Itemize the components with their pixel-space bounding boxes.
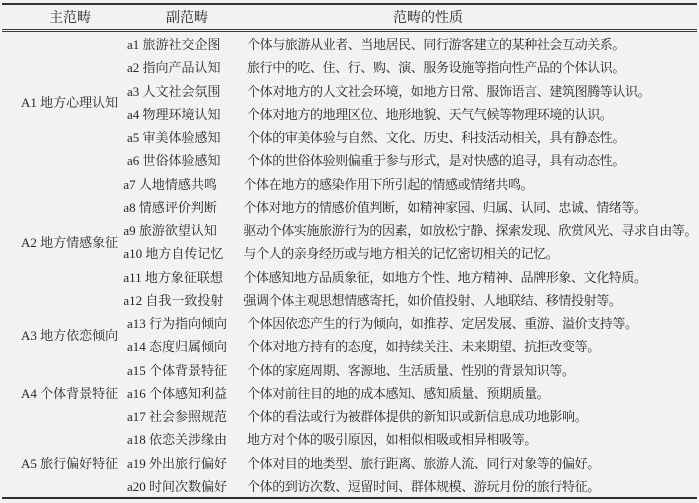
category-nature-text: 个体对地方的地理区位、地形地貌、天气气候等物理环境的认识。 — [247, 104, 697, 123]
category-nature-text: 个体在地方的感染作用下所引起的情感或情绪共鸣。 — [243, 174, 697, 193]
category-nature-text: 个体的审美体验与自然、文化、历史、科技活动相关，具有静态性。 — [247, 127, 697, 146]
table-row: a18 依恋关涉缘由地方对个体的吸引原因，如相似相吸或相异相吸等。 — [127, 427, 697, 450]
subcategory-label: a13 行为指向倾向 — [127, 313, 247, 332]
subcategory-label: a15 个体背景特征 — [127, 360, 247, 379]
table-row: a13 行为指向倾向个体因依恋产生的行为倾向，如推荐、定居发展、重游、溢价支持等… — [127, 311, 697, 334]
subcategory-label: a20 时间次数偏好 — [127, 476, 247, 495]
subcategory-label: a6 世俗体验感知 — [127, 150, 247, 169]
category-group: A1 地方心理认知a1 旅游社交企图个体与旅游从业者、当地居民、同行游客建立的某… — [2, 32, 697, 172]
subcategory-label: a11 地方象征联想 — [123, 267, 243, 286]
main-category-label: A2 地方情感象征 — [2, 172, 123, 312]
category-nature-text: 个体对地方持有的态度，如持续关注、未来期望、抗拒改变等。 — [247, 336, 697, 355]
column-header-main-category: 主范畴 — [2, 7, 127, 27]
category-nature-text: 个体对目的地类型、旅行距离、旅游人流、同行对象等的偏好。 — [247, 453, 697, 472]
category-nature-text: 个体对地方的情感价值判断，如精神家园、归属、认同、忠诚、情绪等。 — [243, 197, 697, 216]
subcategory-label: a5 审美体验感知 — [127, 127, 247, 146]
subcategory-label: a14 态度归属倾向 — [127, 336, 247, 355]
subcategory-rows: a18 依恋关涉缘由地方对个体的吸引原因，如相似相吸或相异相吸等。a19 外出旅… — [127, 427, 697, 497]
category-nature-text: 个体与旅游从业者、当地居民、同行游客建立的某种社会互动关系。 — [247, 34, 697, 53]
category-nature-text: 个体对地方的人文社会环境，如地方日常、服饰语言、建筑图腾等认识。 — [247, 81, 697, 100]
main-category-label: A3 地方依恋倾向 — [2, 311, 127, 358]
subcategory-rows: a13 行为指向倾向个体因依恋产生的行为倾向，如推荐、定居发展、重游、溢价支持等… — [127, 311, 697, 358]
category-nature-text: 地方对个体的吸引原因，如相似相吸或相异相吸等。 — [247, 429, 697, 448]
subcategory-label: a19 外出旅行偏好 — [127, 453, 247, 472]
category-nature-text: 个体的家庭周期、客源地、生活质量、性别的背景知识等。 — [247, 360, 697, 379]
table-row: a17 社会参照规范个体的看法或行为被群体提供的新知识或新信息成功地影响。 — [127, 404, 697, 427]
main-category-label: A4 个体背景特征 — [2, 358, 127, 428]
table-row: a7 人地情感共鸣个体在地方的感染作用下所引起的情感或情绪共鸣。 — [123, 172, 697, 195]
table-row: a1 旅游社交企图个体与旅游从业者、当地居民、同行游客建立的某种社会互动关系。 — [127, 32, 697, 55]
paper-page: 主范畴 副范畴 范畴的性质 A1 地方心理认知a1 旅游社交企图个体与旅游从业者… — [0, 0, 699, 503]
table-row: a15 个体背景特征个体的家庭周期、客源地、生活质量、性别的背景知识等。 — [127, 358, 697, 381]
subcategory-label: a4 物理环境认知 — [127, 104, 247, 123]
category-group: A5 旅行偏好特征a18 依恋关涉缘由地方对个体的吸引原因，如相似相吸或相异相吸… — [2, 427, 697, 497]
subcategory-label: a17 社会参照规范 — [127, 406, 247, 425]
subcategory-label: a7 人地情感共鸣 — [123, 174, 243, 193]
category-nature-text: 个体对前往目的地的成本感知、感知质量、预期质量。 — [247, 383, 697, 402]
table-row: a6 世俗体验感知个体的世俗体验则偏重于参与形式，是对快感的追寻，具有动态性。 — [127, 148, 697, 171]
table-row: a11 地方象征联想个体感知地方品质象征，如地方个性、地方精神、品牌形象、文化特… — [123, 265, 697, 288]
subcategory-label: a9 旅游欲望认知 — [123, 220, 243, 239]
table-header-row: 主范畴 副范畴 范畴的性质 — [2, 5, 697, 32]
subcategory-label: a16 个体感知利益 — [127, 383, 247, 402]
category-nature-text: 个体的看法或行为被群体提供的新知识或新信息成功地影响。 — [247, 406, 697, 425]
category-nature-text: 个体的世俗体验则偏重于参与形式，是对快感的追寻，具有动态性。 — [247, 150, 697, 169]
category-group: A4 个体背景特征a15 个体背景特征个体的家庭周期、客源地、生活质量、性别的背… — [2, 358, 697, 428]
category-nature-text: 旅行中的吃、住、行、购、演、服务设施等指向性产品的个体认识。 — [247, 57, 697, 76]
table-row: a16 个体感知利益个体对前往目的地的成本感知、感知质量、预期质量。 — [127, 381, 697, 404]
table-row: a19 外出旅行偏好个体对目的地类型、旅行距离、旅游人流、同行对象等的偏好。 — [127, 451, 697, 474]
subcategory-label: a12 自我一致投射 — [123, 290, 243, 309]
subcategory-rows: a7 人地情感共鸣个体在地方的感染作用下所引起的情感或情绪共鸣。a8 情感评价判… — [123, 172, 697, 312]
subcategory-label: a8 情感评价判断 — [123, 197, 243, 216]
category-nature-text: 强调个体主观思想情感寄托，如价值投射、人地联结、移情投射等。 — [243, 290, 697, 309]
table-row: a2 指向产品认知旅行中的吃、住、行、购、演、服务设施等指向性产品的个体认识。 — [127, 55, 697, 78]
table-row: a8 情感评价判断个体对地方的情感价值判断，如精神家园、归属、认同、忠诚、情绪等… — [123, 195, 697, 218]
table-row: a20 时间次数偏好个体的到访次数、逗留时间、群体规模、游玩月份的旅行特征。 — [127, 474, 697, 497]
table-row: a4 物理环境认知个体对地方的地理区位、地形地貌、天气气候等物理环境的认识。 — [127, 102, 697, 125]
table-row: a14 态度归属倾向个体对地方持有的态度，如持续关注、未来期望、抗拒改变等。 — [127, 334, 697, 357]
subcategory-label: a2 指向产品认知 — [127, 57, 247, 76]
subcategory-label: a18 依恋关涉缘由 — [127, 429, 247, 448]
category-group: A3 地方依恋倾向a13 行为指向倾向个体因依恋产生的行为倾向，如推荐、定居发展… — [2, 311, 697, 358]
table-row: a10 地方自传记忆与个人的亲身经历或与地方相关的记忆密切相关的记忆。 — [123, 241, 697, 264]
category-nature-text: 个体感知地方品质象征，如地方个性、地方精神、品牌形象、文化特质。 — [243, 267, 697, 286]
table-body: A1 地方心理认知a1 旅游社交企图个体与旅游从业者、当地居民、同行游客建立的某… — [2, 32, 697, 497]
category-nature-text: 驱动个体实施旅游行为的因素，如放松宁静、探索发现、欣赏风光、寻求自由等。 — [243, 220, 697, 239]
subcategory-label: a3 人文社会氛围 — [127, 81, 247, 100]
column-header-nature: 范畴的性质 — [247, 7, 697, 27]
category-nature-text: 个体的到访次数、逗留时间、群体规模、游玩月份的旅行特征。 — [247, 476, 697, 495]
table-row: a3 人文社会氛围个体对地方的人文社会环境，如地方日常、服饰语言、建筑图腾等认识… — [127, 79, 697, 102]
subcategory-label: a10 地方自传记忆 — [123, 243, 243, 262]
column-header-sub-category: 副范畴 — [127, 7, 247, 27]
table-row: a9 旅游欲望认知驱动个体实施旅游行为的因素，如放松宁静、探索发现、欣赏风光、寻… — [123, 218, 697, 241]
category-table: 主范畴 副范畴 范畴的性质 A1 地方心理认知a1 旅游社交企图个体与旅游从业者… — [2, 3, 697, 499]
table-row: a12 自我一致投射强调个体主观思想情感寄托，如价值投射、人地联结、移情投射等。 — [123, 288, 697, 311]
category-nature-text: 个体因依恋产生的行为倾向，如推荐、定居发展、重游、溢价支持等。 — [247, 313, 697, 332]
category-nature-text: 与个人的亲身经历或与地方相关的记忆密切相关的记忆。 — [243, 243, 697, 262]
subcategory-label: a1 旅游社交企图 — [127, 34, 247, 53]
subcategory-rows: a1 旅游社交企图个体与旅游从业者、当地居民、同行游客建立的某种社会互动关系。a… — [127, 32, 697, 172]
category-group: A2 地方情感象征a7 人地情感共鸣个体在地方的感染作用下所引起的情感或情绪共鸣… — [2, 172, 697, 312]
table-row: a5 审美体验感知个体的审美体验与自然、文化、历史、科技活动相关，具有静态性。 — [127, 125, 697, 148]
subcategory-rows: a15 个体背景特征个体的家庭周期、客源地、生活质量、性别的背景知识等。a16 … — [127, 358, 697, 428]
main-category-label: A1 地方心理认知 — [2, 32, 127, 172]
main-category-label: A5 旅行偏好特征 — [2, 427, 127, 497]
